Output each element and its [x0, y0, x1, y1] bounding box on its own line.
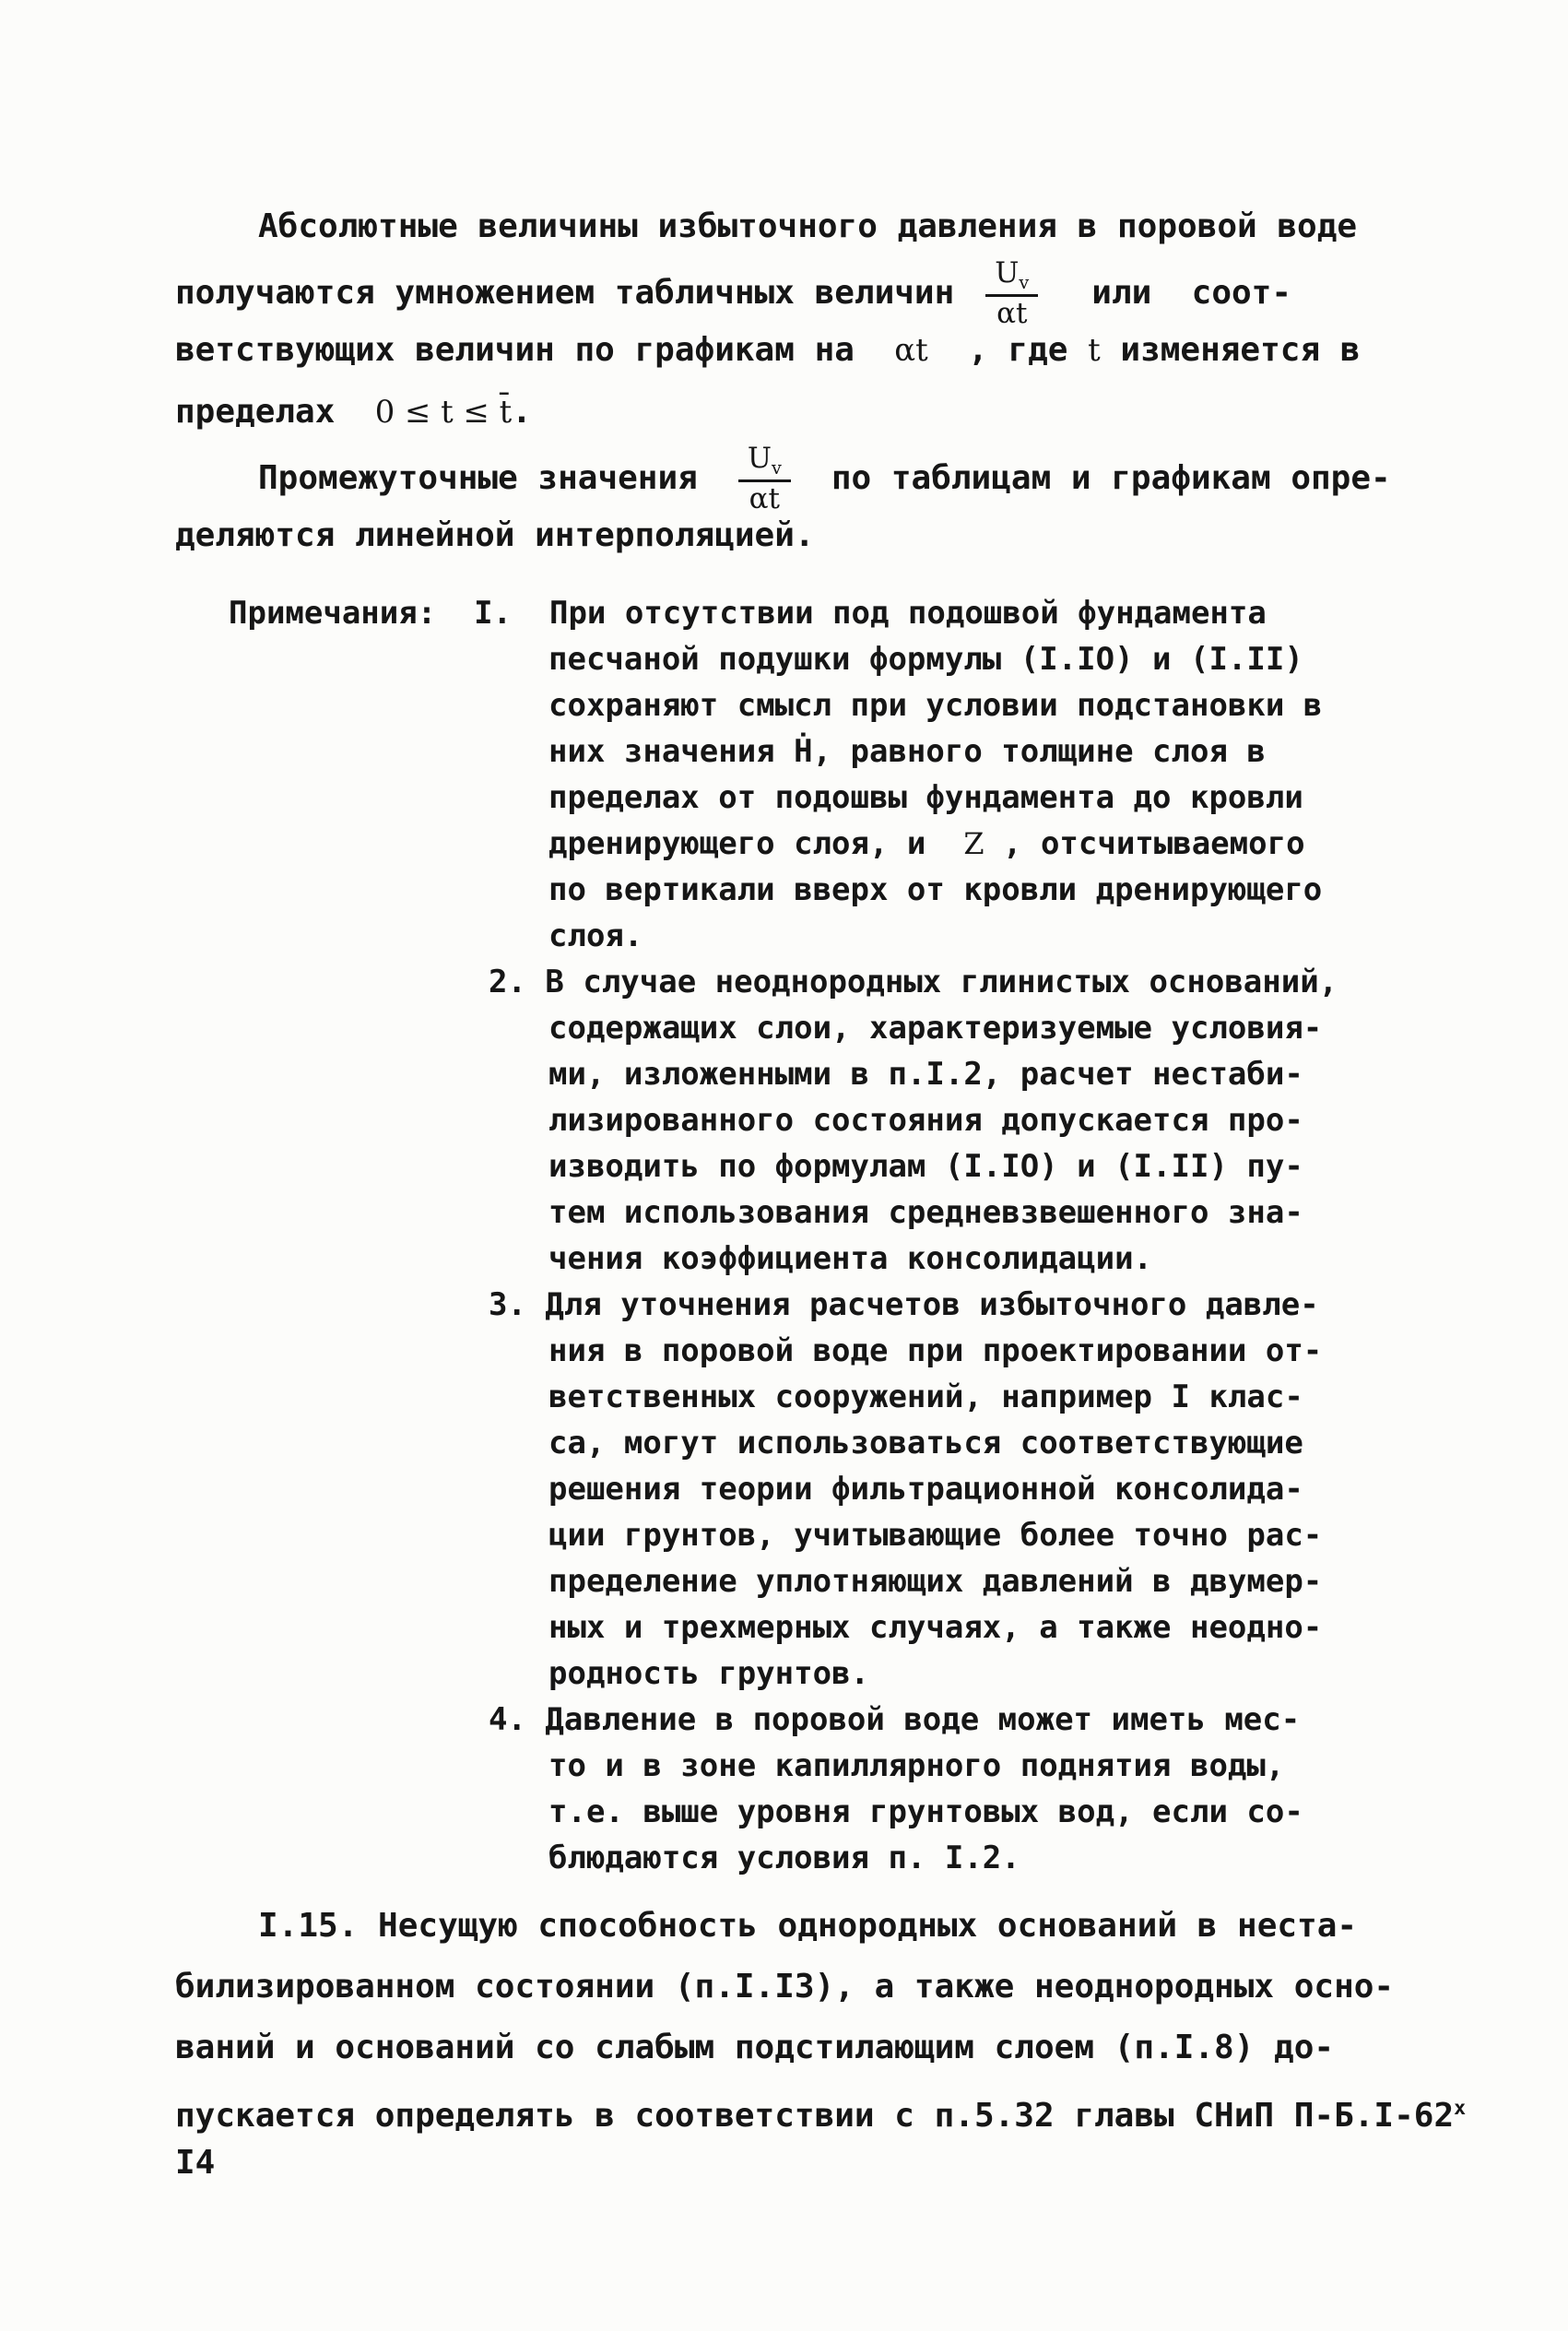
- text-run: 3. Для уточнения расчетов избыточного да…: [489, 1286, 1319, 1323]
- text-run: ния в поровой воде при проектировании от…: [548, 1332, 1322, 1369]
- text-run: билизированном состоянии (п.I.I3), а так…: [175, 1968, 1394, 2006]
- text-run: , где: [928, 331, 1088, 369]
- text-line: Абсолютные величины избыточного давления…: [258, 195, 1466, 257]
- text-line: тем использования средневзвешенного зна-: [548, 1189, 1466, 1236]
- text-run: пределение уплотняющих давлений в двумер…: [548, 1563, 1322, 1600]
- text-run: .: [512, 393, 532, 431]
- text-run: решения теории фильтрационной консолида-: [548, 1471, 1303, 1508]
- text-run: или соот-: [1091, 274, 1291, 312]
- text-run: пределах: [175, 393, 375, 431]
- text-line: лизированного состояния допускается про-: [548, 1097, 1466, 1143]
- text-run: ции грунтов, учитывающие более точно рас…: [548, 1517, 1322, 1554]
- text-line: т.е. выше уровня грунтовых вод, если со-: [548, 1789, 1466, 1835]
- text-line: 3. Для уточнения расчетов избыточного да…: [489, 1282, 1466, 1328]
- text-run: изводить по формулам (I.IO) и (I.II) пу-: [548, 1148, 1303, 1185]
- text-run: ных и трехмерных случаях, а также неодно…: [548, 1609, 1322, 1646]
- text-run: деляются линейной интерполяцией.: [175, 516, 815, 554]
- text-line: дренирующего слоя, и Z , отсчитываемого: [548, 821, 1466, 867]
- text-line: ных и трехмерных случаях, а также неодно…: [548, 1604, 1466, 1651]
- fraction-numerator: Uv: [985, 257, 1038, 294]
- text-run: тем использования средневзвешенного зна-: [548, 1194, 1303, 1231]
- math-run: αt: [894, 332, 927, 368]
- text-run: ваний и оснований со слабым подстилающим…: [175, 2029, 1334, 2066]
- notes-section: Примечания: I. При отсутствии под подошв…: [229, 590, 1466, 1881]
- text-line: изводить по формулам (I.IO) и (I.II) пу-: [548, 1143, 1466, 1189]
- text-run: получаются умножением табличных величин: [175, 274, 954, 312]
- text-line: пускается определять в соответствии с п.…: [175, 2078, 1466, 2139]
- text-run: сохраняют смысл при условии подстановки …: [548, 687, 1322, 724]
- text-line: решения теории фильтрационной консолида-: [548, 1466, 1466, 1512]
- text-line: ции грунтов, учитывающие более точно рас…: [548, 1512, 1466, 1558]
- text-line: родность грунтов.: [548, 1651, 1466, 1697]
- intro-paragraphs: Абсолютные величины избыточного давления…: [175, 0, 1466, 566]
- text-line: са, могут использоваться соответствующие: [548, 1420, 1466, 1466]
- text-line: песчаной подушки формулы (I.IO) и (I.II): [548, 636, 1466, 682]
- text-line: 4. Давление в поровой воде может иметь м…: [489, 1697, 1466, 1743]
- text-line: чения коэффициента консолидации.: [548, 1236, 1466, 1282]
- text-line: ния в поровой воде при проектировании от…: [548, 1328, 1466, 1374]
- text-run: слоя.: [548, 917, 643, 954]
- document-page: Абсолютные величины избыточного давления…: [0, 0, 1568, 2331]
- text-run: Промежуточные значения: [258, 459, 698, 497]
- text-run: по таблицам и графикам опре-: [831, 459, 1391, 497]
- math-run: Z: [963, 826, 984, 861]
- text-run: ветствующих величин по графикам на: [175, 331, 894, 369]
- math-run: t: [1088, 332, 1101, 368]
- text-run: , отсчитываемого: [984, 825, 1305, 862]
- text-run: чения коэффициента консолидации.: [548, 1240, 1152, 1277]
- text-run: Примечания: I. При отсутствии под подошв…: [229, 595, 1267, 632]
- text-run: т.е. выше уровня грунтовых вод, если со-: [548, 1793, 1303, 1830]
- text-line: слоя.: [548, 913, 1466, 959]
- text-run: содержащих слои, характеризуемые условия…: [548, 1010, 1322, 1047]
- footnote-marker: х: [1454, 2097, 1466, 2120]
- text-run: пускается определять в соответствии с п.…: [175, 2097, 1454, 2135]
- text-run: са, могут использоваться соответствующие: [548, 1425, 1303, 1461]
- text-line: пределение уплотняющих давлений в двумер…: [548, 1558, 1466, 1604]
- text-run: ми, изложенными в п.I.2, расчет нестаби-: [548, 1056, 1303, 1093]
- text-run: 2. В случае неоднородных глинистых основ…: [489, 964, 1338, 1000]
- text-line: I.15. Несущую способность однородных осн…: [258, 1896, 1466, 1957]
- text-run: то и в зоне капиллярного поднятия воды,: [548, 1747, 1284, 1784]
- text-line: Примечания: I. При отсутствии под подошв…: [229, 590, 1466, 636]
- text-run: родность грунтов.: [548, 1655, 869, 1692]
- text-run: дренирующего слоя, и: [548, 825, 963, 862]
- text-line: сохраняют смысл при условии подстановки …: [548, 682, 1466, 728]
- text-line: деляются линейной интерполяцией.: [175, 504, 1466, 566]
- text-line: них значения Ḣ, равного толщине слоя в: [548, 728, 1466, 775]
- text-line: ветствующих величин по графикам на αt , …: [175, 319, 1466, 381]
- text-line: билизированном состоянии (п.I.I3), а так…: [175, 1957, 1466, 2017]
- text-run: ветственных сооружений, например I клас-: [548, 1378, 1303, 1415]
- text-run: I.15. Несущую способность однородных осн…: [258, 1907, 1357, 1945]
- text-line: получаются умножением табличных величинU…: [175, 257, 1466, 319]
- text-run: блюдаются условия п. I.2.: [548, 1840, 1020, 1876]
- text-run: Абсолютные величины избыточного давления…: [258, 207, 1357, 245]
- text-line: блюдаются условия п. I.2.: [548, 1835, 1466, 1881]
- closing-paragraph: I.15. Несущую способность однородных осн…: [175, 1896, 1466, 2139]
- text-line: 2. В случае неоднородных глинистых основ…: [489, 959, 1466, 1005]
- text-line: то и в зоне капиллярного поднятия воды,: [548, 1743, 1466, 1789]
- text-line: по вертикали вверх от кровли дренирующег…: [548, 867, 1466, 913]
- text-line: ми, изложенными в п.I.2, расчет нестаби-: [548, 1051, 1466, 1097]
- text-line: ваний и оснований со слабым подстилающим…: [175, 2017, 1466, 2078]
- fraction-numerator: Uv: [738, 443, 791, 479]
- text-run: лизированного состояния допускается про-: [548, 1102, 1303, 1139]
- page-content: Абсолютные величины избыточного давления…: [175, 0, 1466, 2187]
- text-run: по вертикали вверх от кровли дренирующег…: [548, 871, 1322, 908]
- text-run: песчаной подушки формулы (I.IO) и (I.II): [548, 641, 1303, 678]
- math-run: 0 ≤ t ≤ t̄: [375, 394, 512, 430]
- text-run: них значения Ḣ, равного толщине слоя в: [548, 733, 1266, 770]
- text-run: 4. Давление в поровой воде может иметь м…: [489, 1701, 1300, 1738]
- text-line: ветственных сооружений, например I клас-: [548, 1374, 1466, 1420]
- text-line: пределах от подошвы фундамента до кровли: [548, 775, 1466, 821]
- text-line: Промежуточные значенияUvαtпо таблицам и …: [258, 443, 1466, 504]
- text-line: содержащих слои, характеризуемые условия…: [548, 1005, 1466, 1051]
- page-number: I4: [175, 2139, 1466, 2187]
- text-line: пределах 0 ≤ t ≤ t̄.: [175, 381, 1466, 443]
- text-run: пределах от подошвы фундамента до кровли: [548, 779, 1303, 816]
- text-run: изменяется в: [1101, 331, 1361, 369]
